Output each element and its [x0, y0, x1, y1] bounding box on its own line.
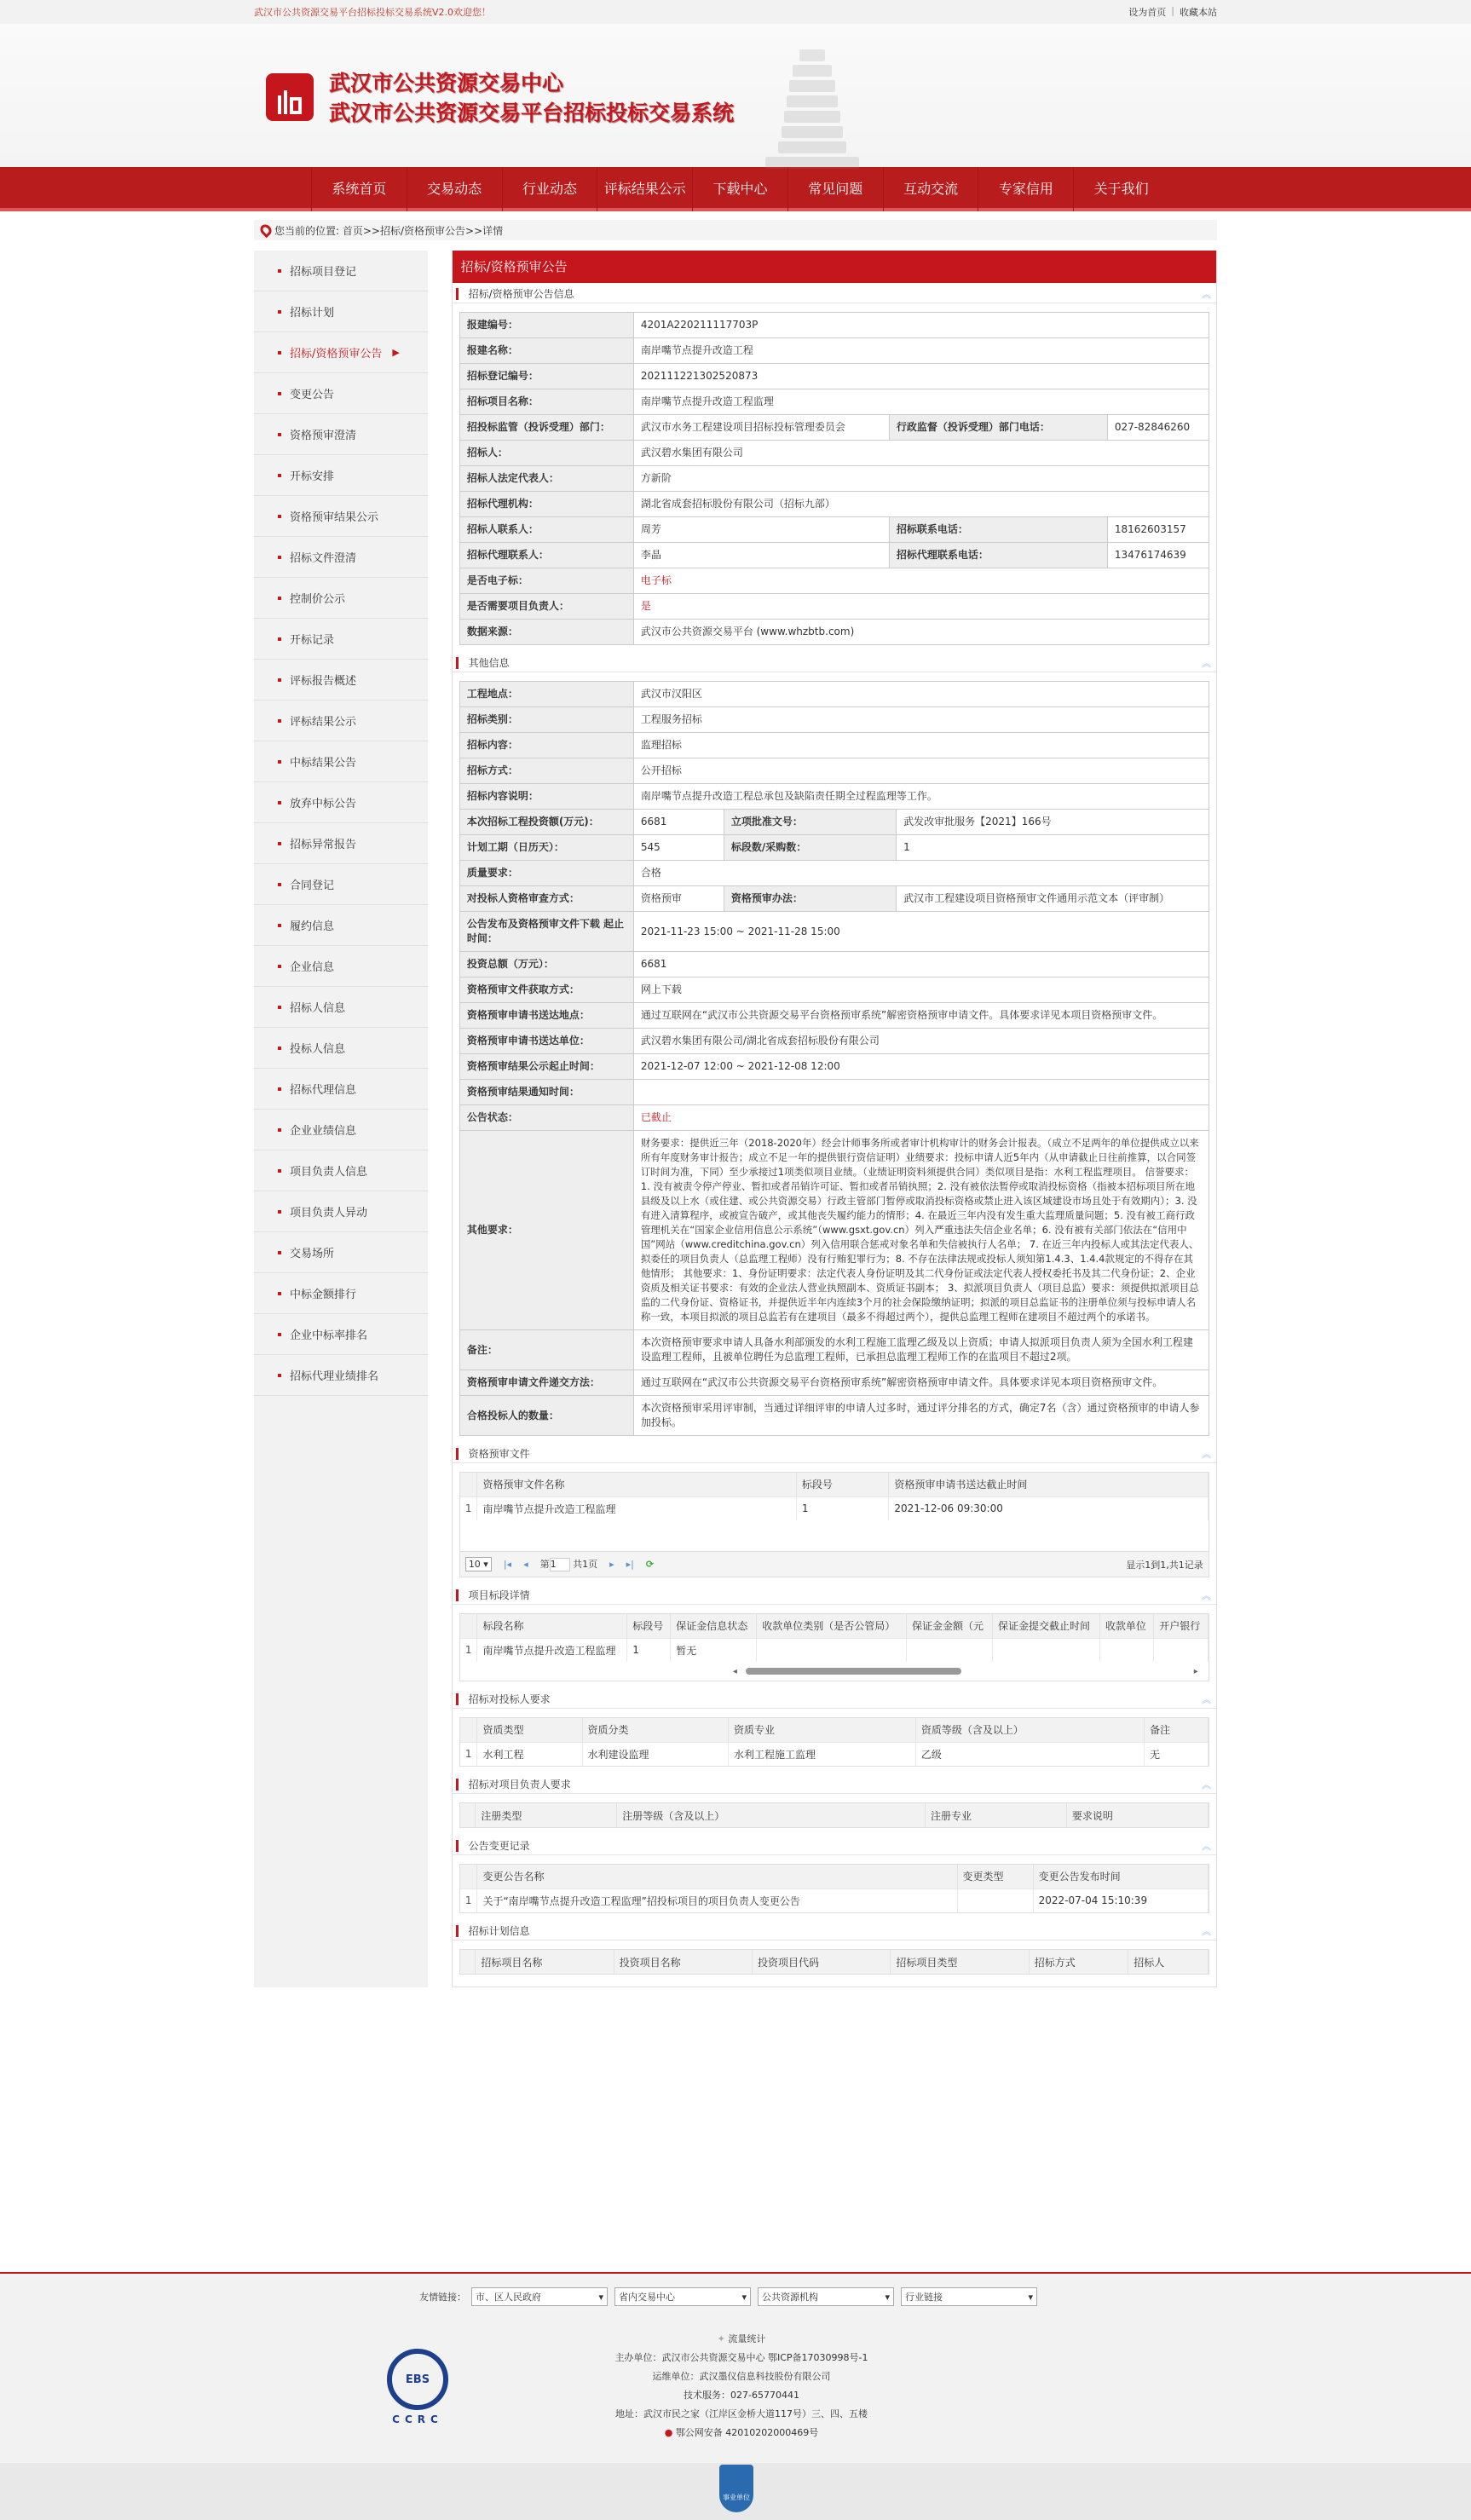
sidebar-item[interactable]: 项目负责人信息: [254, 1150, 428, 1191]
prev-page-icon[interactable]: ◂: [523, 1559, 528, 1570]
pagoda-illustration: [765, 49, 859, 167]
bullet-icon: [278, 351, 281, 355]
bullet-icon: [278, 433, 281, 436]
breadcrumb: 您当前的位置: 首页>>招标/资格预审公告>>详情: [254, 220, 1217, 240]
sidebar-item[interactable]: 评标报告概述: [254, 660, 428, 701]
bullet-icon: [278, 760, 281, 764]
sidebar-item[interactable]: 招标文件澄清: [254, 537, 428, 578]
sidebar-item[interactable]: 招标/资格预审公告▶: [254, 332, 428, 373]
table-row[interactable]: 1南岸嘴节点提升改造工程监理12021-12-06 09:30:00: [460, 1496, 1209, 1520]
section-title: 招标对项目负责人要求: [469, 1777, 571, 1791]
section-title: 资格预审文件: [469, 1446, 530, 1461]
bullet-icon: [278, 801, 281, 804]
sidebar-item[interactable]: 开标记录: [254, 619, 428, 660]
title-line2: 武汉市公共资源交易平台招标投标交易系统: [329, 98, 734, 128]
section-title: 项目标段详情: [469, 1588, 530, 1602]
section-title: 招标/资格预审公告信息: [469, 286, 574, 301]
refresh-icon[interactable]: ⟳: [646, 1559, 654, 1570]
sidebar: 招标项目登记招标计划招标/资格预审公告▶变更公告资格预审澄清开标安排资格预审结果…: [254, 251, 428, 1987]
section-bidder-requirements[interactable]: 招标对投标人要求 ︽: [453, 1690, 1216, 1709]
bullet-icon: [278, 883, 281, 886]
content-panel: 招标/资格预审公告 招标/资格预审公告信息 ︽ 报建编号：4201A220211…: [452, 251, 1217, 1987]
nav-item-4[interactable]: 下载中心: [692, 167, 787, 211]
nav-item-2[interactable]: 行业动态: [502, 167, 597, 211]
section-manager-requirements[interactable]: 招标对项目负责人要求 ︽: [453, 1775, 1216, 1794]
sidebar-item[interactable]: 企业信息: [254, 946, 428, 987]
change-records-grid: 变更公告名称变更类型变更公告发布时间1关于“南岸嘴节点提升改造工程监理”招投标项…: [459, 1864, 1209, 1913]
location-pin-icon: [258, 222, 274, 238]
nav-item-0[interactable]: 系统首页: [311, 167, 407, 211]
bullet-icon: [278, 1006, 281, 1009]
bidder-requirements-grid: 资质类型资质分类资质专业资质等级（含及以上）备注1水利工程水利建设监理水利工程施…: [459, 1717, 1209, 1767]
sidebar-item[interactable]: 资格预审澄清: [254, 414, 428, 455]
table-row[interactable]: 1水利工程水利建设监理水利工程施工监理乙级无: [460, 1742, 1209, 1766]
segment-details-grid: 标段名称标段号保证金信息状态收款单位类别（是否公管局）保证金金额（元保证金提交截…: [459, 1613, 1209, 1681]
sidebar-item[interactable]: 中标结果公告: [254, 741, 428, 782]
section-segment-details[interactable]: 项目标段详情 ︽: [453, 1586, 1216, 1605]
page-input[interactable]: 1: [550, 1558, 570, 1571]
plan-info-grid: 招标项目名称投资项目名称投资项目代码招标项目类型招标方式招标人: [459, 1949, 1209, 1975]
sidebar-item[interactable]: 资格预审结果公示: [254, 496, 428, 537]
sidebar-item[interactable]: 控制价公示: [254, 578, 428, 619]
collapse-icon[interactable]: ︽: [1202, 1447, 1211, 1461]
sidebar-item[interactable]: 合同登记: [254, 864, 428, 905]
footer: 友情链接： 市、区人民政府▾省内交易中心▾公共资源机构▾行业链接▾ EBS CC…: [0, 2274, 1471, 2463]
sidebar-item[interactable]: 中标金额排行: [254, 1273, 428, 1314]
section-other-info[interactable]: 其他信息 ︽: [453, 654, 1216, 672]
bullet-icon: [278, 1047, 281, 1050]
other-info-table: 工程地点：武汉市汉阳区 招标类别：工程服务招标 招标内容：监理招标 招标方式：公…: [459, 681, 1209, 1436]
collapse-icon[interactable]: ︽: [1202, 1839, 1211, 1853]
collapse-icon[interactable]: ︽: [1202, 1589, 1211, 1602]
sidebar-item[interactable]: 放弃中标公告: [254, 782, 428, 823]
bullet-icon: [278, 637, 281, 641]
footer-info: ✦ 流量统计 主办单位：武汉市公共资源交易中心 鄂ICP备17030998号-1…: [511, 2330, 972, 2442]
banner: 武汉市公共资源交易中心 武汉市公共资源交易平台招标投标交易系统: [0, 24, 1471, 167]
sidebar-item[interactable]: 开标安排: [254, 455, 428, 496]
prequal-files-grid: 资格预审文件名称标段号资格预审申请书送达截止时间1南岸嘴节点提升改造工程监理12…: [459, 1472, 1209, 1577]
police-record[interactable]: ● 鄂公网安备 42010202000469号: [511, 2424, 972, 2442]
bullet-icon: [278, 269, 281, 273]
next-page-icon[interactable]: ▸: [609, 1559, 614, 1570]
bullet-icon: [278, 1374, 281, 1377]
nav-item-8[interactable]: 关于我们: [1073, 167, 1168, 211]
ccrc-logo: EBS CCRC: [384, 2349, 452, 2425]
bullet-icon: [278, 597, 281, 600]
section-title: 招标计划信息: [469, 1923, 530, 1938]
sidebar-item[interactable]: 项目负责人异动: [254, 1191, 428, 1232]
police-badge-icon: ●: [665, 2427, 673, 2438]
nav-item-5[interactable]: 常见问题: [787, 167, 883, 211]
table-row[interactable]: 1关于“南岸嘴节点提升改造工程监理”招投标项目的项目负责人变更公告2022-07…: [460, 1889, 1209, 1912]
separator: |: [1171, 5, 1174, 19]
title-line1: 武汉市公共资源交易中心: [329, 68, 734, 98]
bullet-icon: [278, 392, 281, 395]
sidebar-item[interactable]: 招标代理信息: [254, 1069, 428, 1110]
bullet-icon: [278, 556, 281, 559]
bullet-icon: [278, 965, 281, 968]
section-title: 公告变更记录: [469, 1838, 530, 1853]
bullet-icon: [278, 842, 281, 845]
sidebar-item[interactable]: 招标异常报告: [254, 823, 428, 864]
nav-item-1[interactable]: 交易动态: [407, 167, 502, 211]
bullet-icon: [278, 1169, 281, 1173]
first-page-icon[interactable]: |◂: [504, 1559, 511, 1570]
bullet-icon: [278, 1333, 281, 1336]
logo-icon: [266, 73, 314, 121]
nav-item-3[interactable]: 评标结果公示: [597, 167, 692, 211]
bullet-icon: [278, 310, 281, 314]
welcome-text: 武汉市公共资源交易平台招标投标交易系统V2.0欢迎您！: [254, 5, 491, 19]
link-dropdown[interactable]: 行业链接▾: [901, 2287, 1037, 2306]
sidebar-item[interactable]: 招标项目登记: [254, 251, 428, 291]
nav-item-6[interactable]: 互动交流: [883, 167, 978, 211]
sidebar-item[interactable]: 企业中标率排名: [254, 1314, 428, 1355]
sidebar-item[interactable]: 企业业绩信息: [254, 1110, 428, 1150]
section-change-records[interactable]: 公告变更记录 ︽: [453, 1837, 1216, 1855]
bullet-icon: [278, 515, 281, 518]
bullet-icon: [278, 1087, 281, 1091]
section-title: 其他信息: [469, 655, 510, 670]
set-home-link[interactable]: 设为首页: [1128, 5, 1166, 19]
collapse-icon[interactable]: ︽: [1202, 287, 1211, 301]
sidebar-item[interactable]: 变更公告: [254, 373, 428, 414]
table-row[interactable]: 1南岸嘴节点提升改造工程监理1暂无: [460, 1638, 1209, 1662]
active-arrow-icon: ▶: [392, 347, 399, 358]
breadcrumb-text[interactable]: 您当前的位置: 首页>>招标/资格预审公告>>详情: [274, 223, 503, 238]
manager-requirements-grid: 注册类型注册等级（含及以上）注册专业要求说明: [459, 1802, 1209, 1828]
bookmark-link[interactable]: 收藏本站: [1180, 5, 1217, 19]
last-page-icon[interactable]: ▸|: [626, 1559, 634, 1570]
bullet-icon: [278, 1251, 281, 1254]
stats-link[interactable]: ✦ 流量统计: [511, 2330, 972, 2349]
collapse-icon[interactable]: ︽: [1202, 1924, 1211, 1938]
bullet-icon: [278, 924, 281, 927]
collapse-icon[interactable]: ︽: [1202, 1692, 1211, 1706]
sidebar-item[interactable]: 招标人信息: [254, 987, 428, 1028]
content-header: 招标/资格预审公告: [453, 251, 1216, 283]
bullet-icon: [278, 1128, 281, 1132]
nav-item-7[interactable]: 专家信用: [978, 167, 1073, 211]
notice-info-table: 报建编号：4201A220211117703P 报建名称：南岸嘴节点提升改造工程…: [459, 312, 1209, 645]
horizontal-scrollbar[interactable]: ◂▸: [460, 1662, 1209, 1681]
link-dropdown[interactable]: 市、区人民政府▾: [471, 2287, 608, 2306]
sidebar-item[interactable]: 履约信息: [254, 905, 428, 946]
institution-badge-icon[interactable]: 事业单位: [719, 2465, 753, 2512]
sidebar-item[interactable]: 招标计划: [254, 291, 428, 332]
collapse-icon[interactable]: ︽: [1202, 1778, 1211, 1791]
section-title: 招标对投标人要求: [469, 1692, 551, 1706]
section-prequal-files[interactable]: 资格预审文件 ︽: [453, 1445, 1216, 1463]
bullet-icon: [278, 1292, 281, 1295]
bullet-icon: [278, 474, 281, 477]
pagination: 10 ▾ |◂ ◂ 第1 共1页 ▸ ▸| ⟳ 显示1到1,共1记录: [460, 1551, 1209, 1577]
sidebar-item[interactable]: 投标人信息: [254, 1028, 428, 1069]
friendly-links: 友情链接： 市、区人民政府▾省内交易中心▾公共资源机构▾行业链接▾: [419, 2287, 1037, 2306]
section-plan-info[interactable]: 招标计划信息 ︽: [453, 1922, 1216, 1940]
link-dropdown[interactable]: 省内交易中心▾: [614, 2287, 751, 2306]
bullet-icon: [278, 719, 281, 723]
page-size-select[interactable]: 10 ▾: [465, 1557, 492, 1571]
link-dropdown[interactable]: 公共资源机构▾: [758, 2287, 894, 2306]
collapse-icon[interactable]: ︽: [1202, 656, 1211, 670]
bullet-icon: [278, 678, 281, 682]
sidebar-item[interactable]: 交易场所: [254, 1232, 428, 1273]
sidebar-item[interactable]: 招标代理业绩排名: [254, 1355, 428, 1396]
sidebar-item[interactable]: 评标结果公示: [254, 701, 428, 741]
record-summary: 显示1到1,共1记录: [1126, 1558, 1203, 1571]
main-nav: 系统首页交易动态行业动态评标结果公示下载中心常见问题互动交流专家信用关于我们: [0, 167, 1471, 211]
site-title: 武汉市公共资源交易中心 武汉市公共资源交易平台招标投标交易系统: [329, 68, 734, 128]
section-notice-info[interactable]: 招标/资格预审公告信息 ︽: [453, 285, 1216, 303]
bullet-icon: [278, 1210, 281, 1214]
top-bar: 武汉市公共资源交易平台招标投标交易系统V2.0欢迎您！ 设为首页 | 收藏本站: [0, 0, 1471, 24]
